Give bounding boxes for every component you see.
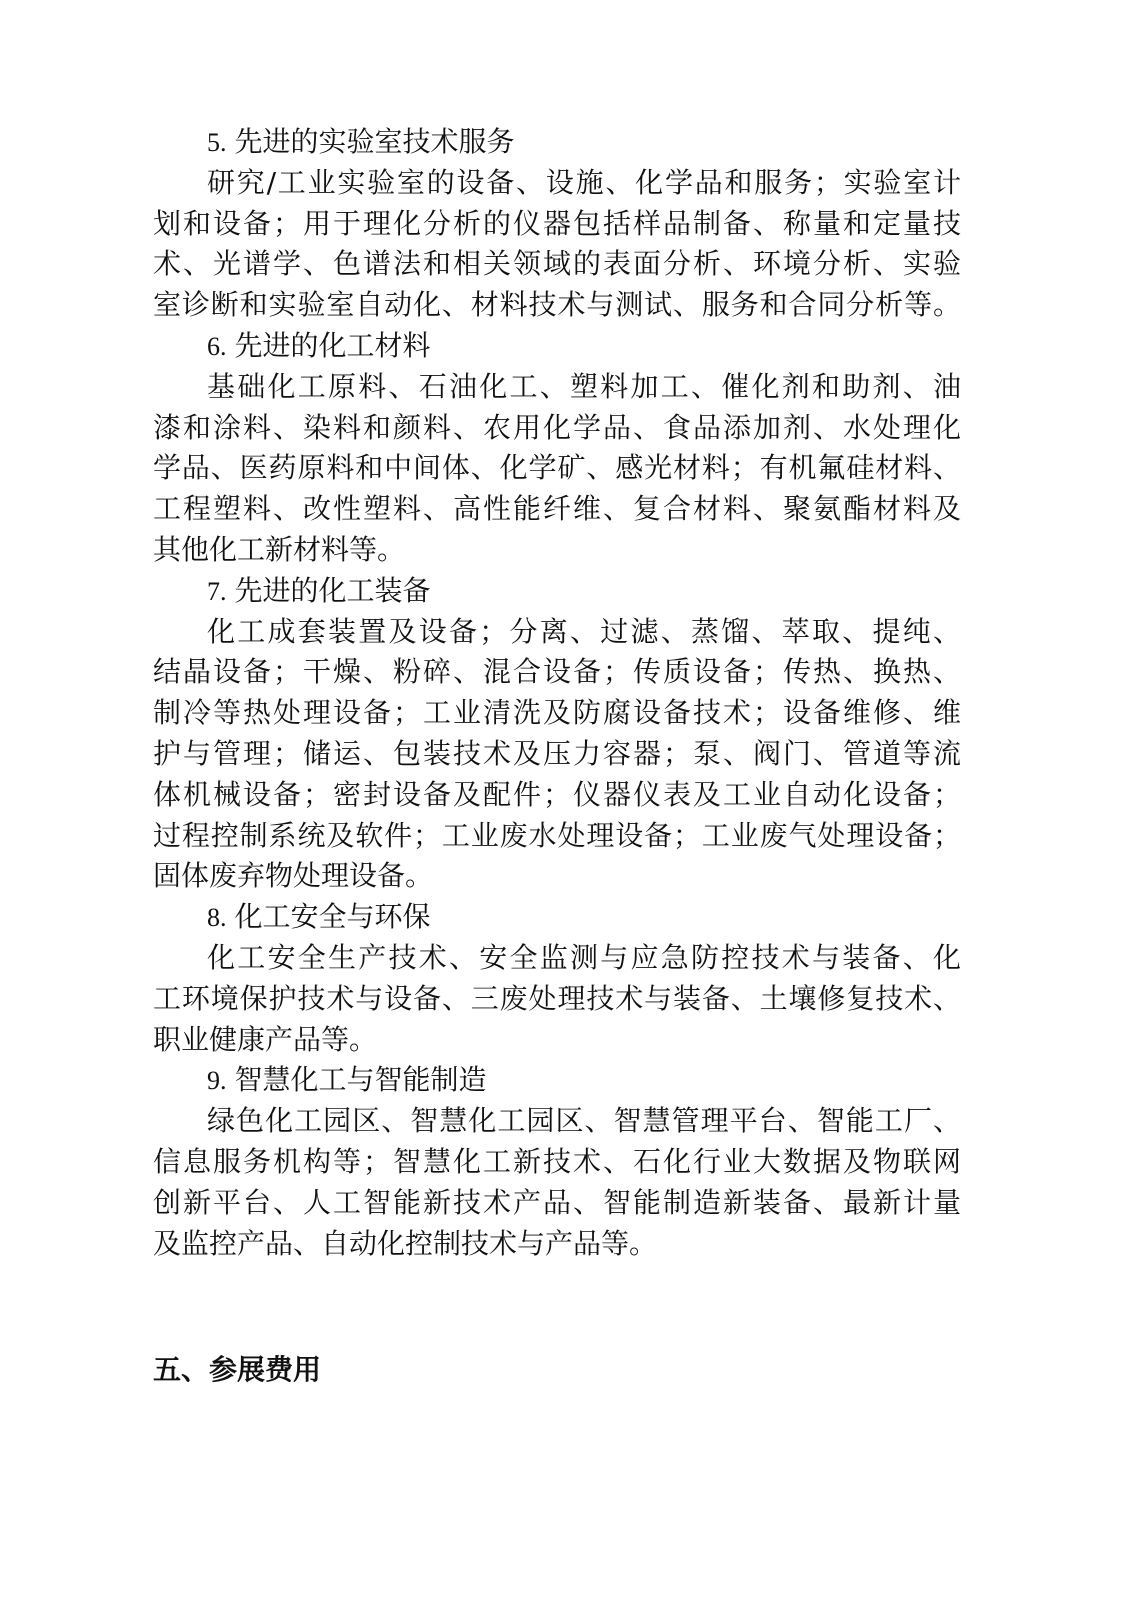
item-heading: 9.智慧化工与智能制造	[153, 1060, 961, 1101]
list-item-7: 7.先进的化工装备 化工成套装置及设备；分离、过滤、蒸馏、萃取、提纯、 结晶设备…	[153, 571, 961, 897]
item-heading: 8.化工安全与环保	[153, 897, 961, 938]
section-heading: 五、参展费用	[153, 1350, 321, 1390]
list-item-9: 9.智慧化工与智能制造 绿色化工园区、智慧化工园区、智慧管理平台、智能工厂、 信…	[153, 1060, 961, 1264]
item-title: 先进的化工材料	[235, 329, 431, 362]
paragraph-line: 及监控产品、自动化控制技术与产品等。	[153, 1224, 961, 1265]
item-title: 先进的实验室技术服务	[235, 125, 515, 158]
paragraph-line: 制冷等热处理设备；工业清洗及防腐设备技术；设备维修、维	[153, 693, 961, 734]
paragraph-line: 创新平台、人工智能新技术产品、智能制造新装备、最新计量	[153, 1183, 961, 1224]
item-number: 5.	[207, 128, 227, 157]
item-number: 8.	[207, 903, 227, 932]
paragraph-line: 过程控制系统及软件；工业废水处理设备；工业废气处理设备；	[153, 816, 961, 857]
paragraph-line: 其他化工新材料等。	[153, 530, 961, 571]
paragraph-line: 室诊断和实验室自动化、材料技术与测试、服务和合同分析等。	[153, 285, 961, 326]
paragraph-line: 护与管理；储运、包装技术及压力容器；泵、阀门、管道等流	[153, 734, 961, 775]
paragraph-line: 信息服务机构等；智慧化工新技术、石化行业大数据及物联网	[153, 1142, 961, 1183]
paragraph-line: 研究/工业实验室的设备、设施、化学品和服务；实验室计	[153, 163, 961, 204]
paragraph-line: 体机械设备；密封设备及配件；仪器仪表及工业自动化设备；	[153, 775, 961, 816]
paragraph-line: 术、光谱学、色谱法和相关领域的表面分析、环境分析、实验	[153, 244, 961, 285]
list-item-8: 8.化工安全与环保 化工安全生产技术、安全监测与应急防控技术与装备、化 工环境保…	[153, 897, 961, 1060]
item-number: 7.	[207, 577, 227, 606]
item-number: 9.	[207, 1066, 227, 1095]
item-title: 先进的化工装备	[235, 574, 431, 607]
paragraph-line: 化工成套装置及设备；分离、过滤、蒸馏、萃取、提纯、	[153, 612, 961, 653]
paragraph-line: 漆和涂料、染料和颜料、农用化学品、食品添加剂、水处理化	[153, 408, 961, 449]
paragraph-line: 工程塑料、改性塑料、高性能纤维、复合材料、聚氨酯材料及	[153, 489, 961, 530]
item-title: 化工安全与环保	[235, 900, 431, 933]
paragraph-line: 工环境保护技术与设备、三废处理技术与装备、土壤修复技术、	[153, 979, 961, 1020]
item-heading: 7.先进的化工装备	[153, 571, 961, 612]
paragraph-line: 基础化工原料、石油化工、塑料加工、催化剂和助剂、油	[153, 367, 961, 408]
list-item-6: 6.先进的化工材料 基础化工原料、石油化工、塑料加工、催化剂和助剂、油 漆和涂料…	[153, 326, 961, 571]
paragraph-line: 结晶设备；干燥、粉碎、混合设备；传质设备；传热、换热、	[153, 652, 961, 693]
item-heading: 6.先进的化工材料	[153, 326, 961, 367]
paragraph-line: 划和设备；用于理化分析的仪器包括样品制备、称量和定量技	[153, 204, 961, 245]
paragraph-line: 固体废弃物处理设备。	[153, 856, 961, 897]
paragraph-line: 绿色化工园区、智慧化工园区、智慧管理平台、智能工厂、	[153, 1101, 961, 1142]
paragraph-line: 学品、医药原料和中间体、化学矿、感光材料；有机氟硅材料、	[153, 448, 961, 489]
item-heading: 5.先进的实验室技术服务	[153, 122, 961, 163]
list-item-5: 5.先进的实验室技术服务 研究/工业实验室的设备、设施、化学品和服务；实验室计 …	[153, 122, 961, 326]
paragraph-line: 化工安全生产技术、安全监测与应急防控技术与装备、化	[153, 938, 961, 979]
paragraph-line: 职业健康产品等。	[153, 1020, 961, 1061]
document-body: 5.先进的实验室技术服务 研究/工业实验室的设备、设施、化学品和服务；实验室计 …	[153, 122, 961, 1264]
item-number: 6.	[207, 332, 227, 361]
item-title: 智慧化工与智能制造	[235, 1063, 487, 1096]
